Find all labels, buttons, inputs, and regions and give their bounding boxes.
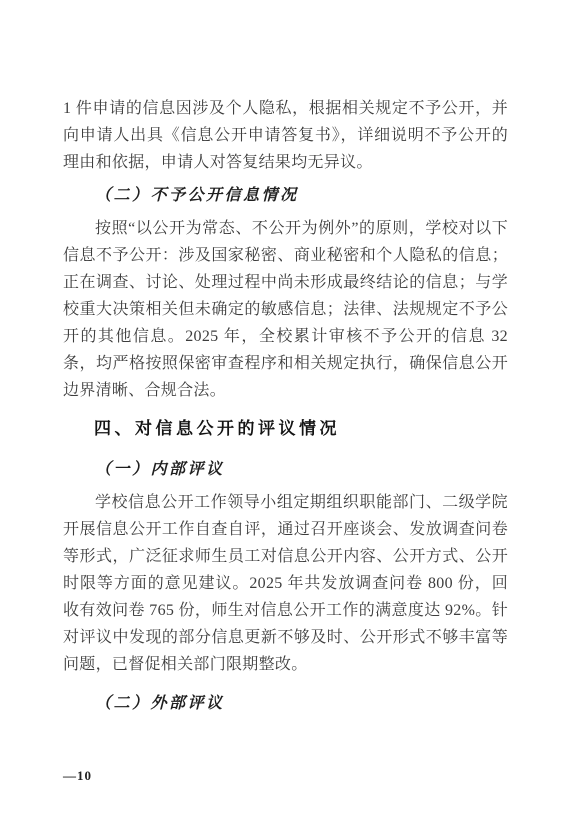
subsection-heading: （二）外部评议: [63, 690, 508, 717]
body-paragraph: 1 件申请的信息因涉及个人隐私，根据相关规定不予公开，并向申请人出具《信息公开申…: [63, 95, 508, 176]
page-number: —10: [63, 768, 92, 784]
body-paragraph: 按照“以公开为常态、不公开为例外”的原则，学校对以下信息不予公开：涉及国家秘密、…: [63, 215, 508, 404]
subsection-heading: （二）不予公开信息情况: [63, 182, 508, 209]
document-body: 1 件申请的信息因涉及个人隐私，根据相关规定不予公开，并向申请人出具《信息公开申…: [63, 95, 508, 723]
page-number-text: —10: [63, 768, 92, 783]
subsection-heading: （一）内部评议: [63, 456, 508, 483]
section-heading: 四、对信息公开的评议情况: [63, 414, 508, 444]
body-paragraph: 学校信息公开工作领导小组定期组织职能部门、二级学院开展信息公开工作自查自评，通过…: [63, 489, 508, 678]
document-page: 1 件申请的信息因涉及个人隐私，根据相关规定不予公开，并向申请人出具《信息公开申…: [0, 0, 570, 822]
